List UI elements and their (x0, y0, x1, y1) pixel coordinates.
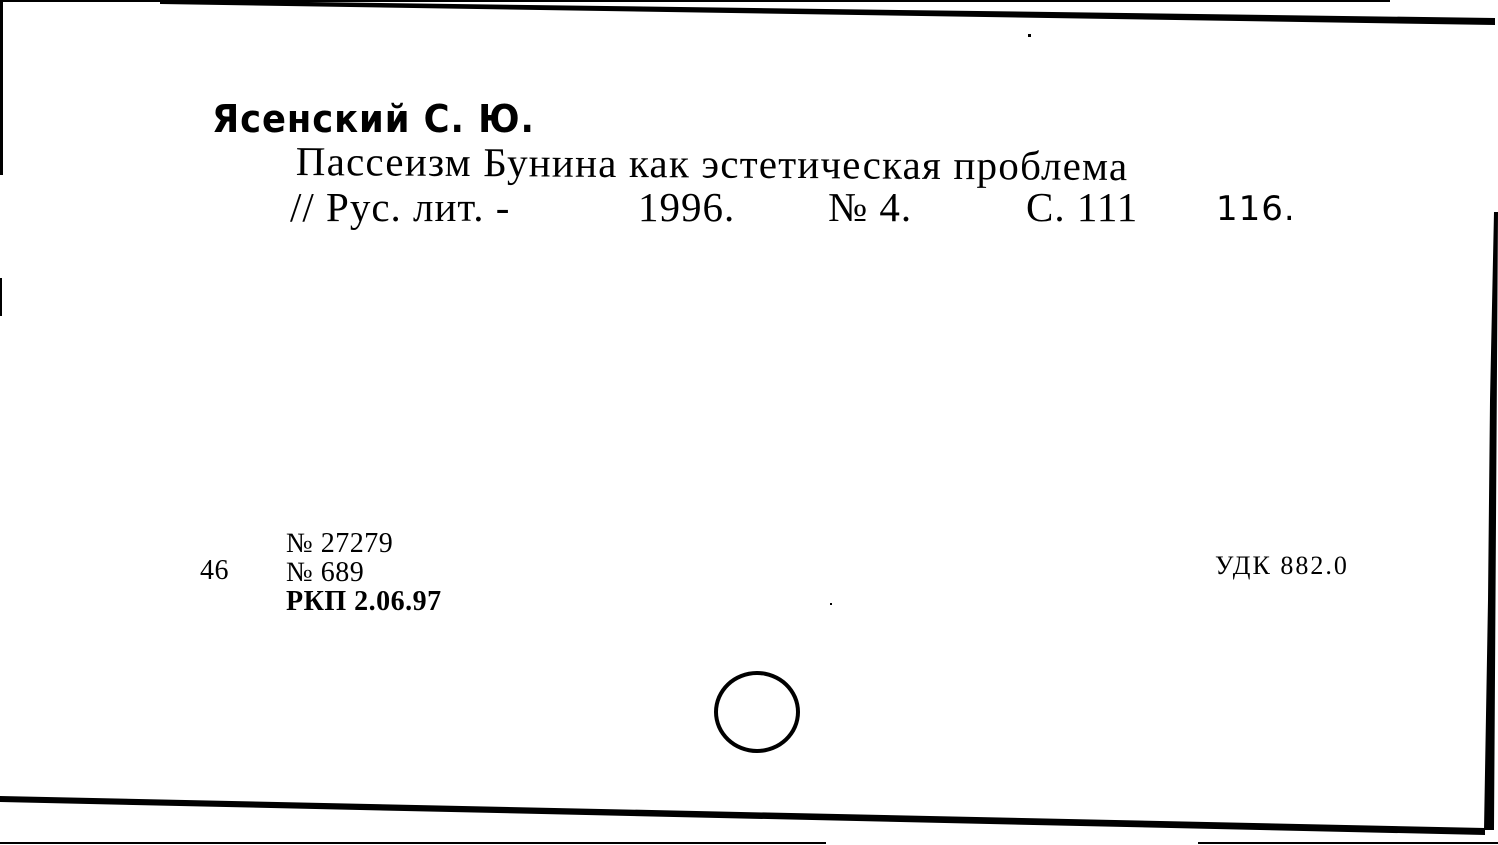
source-pages-end: 116. (1216, 192, 1296, 226)
punch-hole-icon (714, 671, 800, 753)
source-journal: // Рус. лит. - (290, 187, 510, 228)
shelf-number: 46 (200, 557, 229, 585)
source-year: 1996. (638, 187, 735, 228)
source-pages-start: С. 111 (1026, 187, 1138, 228)
source-issue: № 4. (828, 187, 912, 228)
udc-code: УДК 882.0 (1215, 553, 1349, 579)
publication-title: Пассеизм Бунина как эстетическая проблем… (296, 141, 1129, 187)
registration-rkp: РКП 2.06.97 (286, 587, 442, 616)
registration-number-1: № 27279 (286, 529, 442, 558)
registration-number-2: № 689 (286, 558, 442, 587)
registration-block: № 27279 № 689 РКП 2.06.97 (286, 529, 442, 616)
author-name: Ясенский С. Ю. (212, 100, 535, 138)
